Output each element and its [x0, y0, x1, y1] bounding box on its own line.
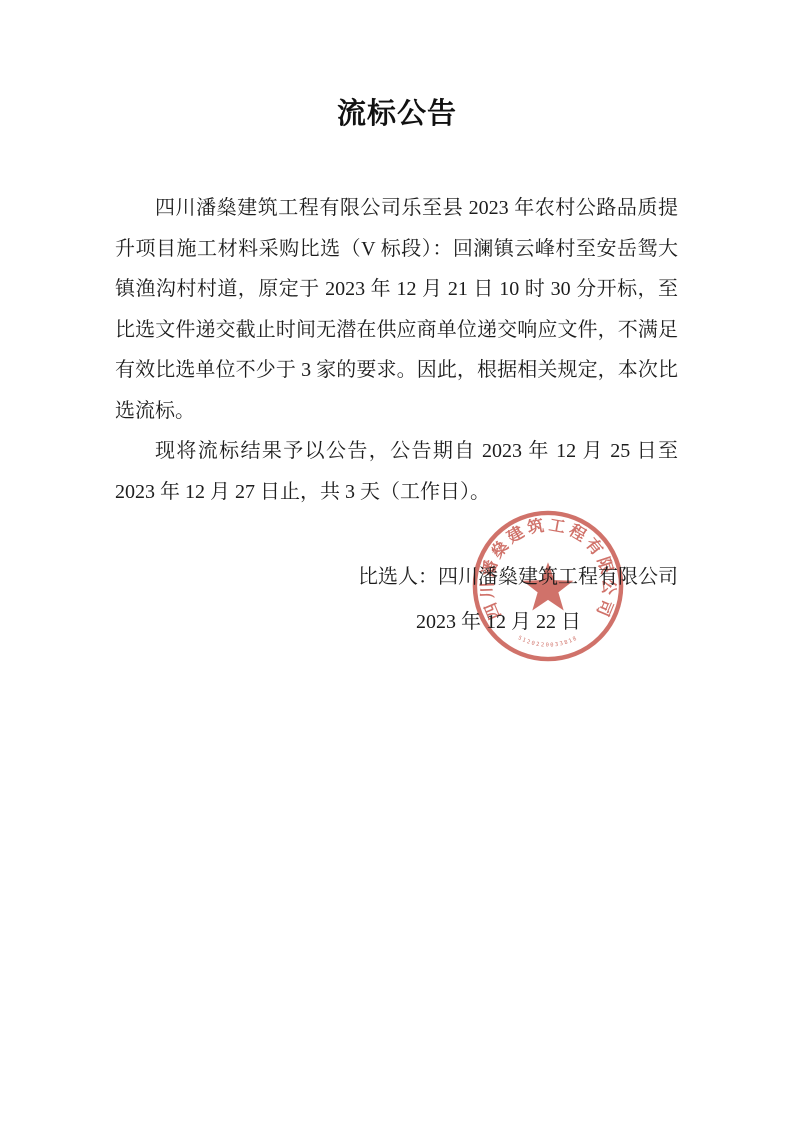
signature-block: 比选人：四川潘燊建筑工程有限公司 2023 年 12 月 22 日 [115, 557, 678, 642]
document-page: 流标公告 四川潘燊建筑工程有限公司乐至县 2023 年农村公路品质提升项目施工材… [0, 0, 794, 1123]
signature-date-line: 2023 年 12 月 22 日 [115, 602, 678, 643]
paragraph-announcement-period: 现将流标结果予以公告，公告期自 2023 年 12 月 25 日至 2023 年… [115, 431, 678, 512]
page-title: 流标公告 [0, 0, 794, 131]
bidder-signature-line: 比选人：四川潘燊建筑工程有限公司 [115, 557, 678, 598]
paragraph-announcement-reason: 四川潘燊建筑工程有限公司乐至县 2023 年农村公路品质提升项目施工材料采购比选… [115, 188, 678, 431]
document-body: 四川潘燊建筑工程有限公司乐至县 2023 年农村公路品质提升项目施工材料采购比选… [115, 188, 678, 512]
